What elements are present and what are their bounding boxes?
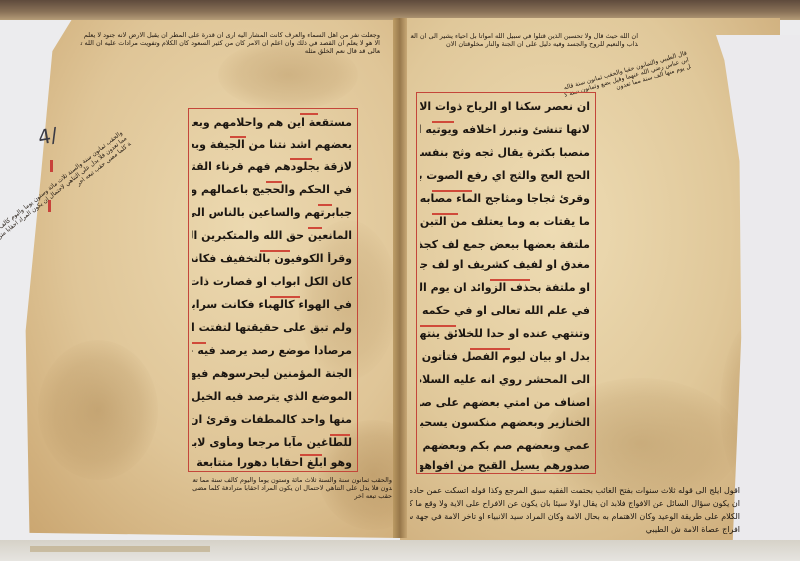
- rubric-overline: [330, 434, 350, 436]
- manuscript-photo: 4/ وجعلت نفر من اهل السماء والعرف كانت ا…: [0, 0, 800, 561]
- left-header-commentary: وجعلت نفر من اهل السماء والعرف كانت المش…: [80, 32, 380, 104]
- rubric-overline: [432, 190, 472, 192]
- text-line: ملتفة بعضها ببعض جمع لف كجذع قال حتبت لف…: [420, 238, 590, 251]
- text-line: في الهواء كالهباء فكانت سرابا مثل سراب ت…: [192, 298, 352, 311]
- rubric-overline: [318, 204, 332, 206]
- book-gutter: [393, 18, 407, 538]
- text-line: عمي وبعضهم صم بكم وبعضهم يمضغون السنتهم …: [420, 439, 590, 452]
- cover-bottom-strip: [30, 546, 210, 552]
- text-line: الموضع الذي يترصد فيه الخيل الخيالة في ت…: [192, 390, 352, 403]
- rubric-overline: [260, 250, 290, 252]
- text-line: جبابرتهم والساعين بالناس الى السلطان وال…: [192, 206, 352, 219]
- text-line: وتنتهي عنده او حدا للخلائق ينتهون اليه ي…: [420, 327, 590, 340]
- rubric-overline: [230, 136, 246, 138]
- text-line: منها واحد كالمطفات وقرئ ان بالفتح على ال…: [192, 413, 352, 426]
- text-line: الحج العج والثج اي رفع الصوت بالتلبية وص…: [420, 169, 590, 182]
- text-line: لانها تنشئ وتبرز اخلافه ويوتيه انه وي با…: [420, 123, 590, 136]
- footer-line: الكلام على طريقة الوعيد وكان الاهتمام به…: [410, 512, 740, 521]
- footer-line: افراج عصاة الامة ش الطيبي: [630, 525, 740, 534]
- footer-line: اقول ايلج الى قوله ثلاث سنوات بفتح الغائ…: [410, 486, 740, 495]
- rubric-overline: [290, 158, 312, 160]
- text-line: ما يقتات به وما يعتلف من التبن والحشيش و…: [420, 215, 590, 228]
- rubric-overline: [432, 213, 458, 215]
- text-line: مرصادا موضع رصد يرصد فيه خزنة النار الكف…: [192, 344, 352, 357]
- text-line: منصبا بكثرة يقال ثجه وثج بنفسه وفي الحدي…: [420, 146, 590, 159]
- rubric-overline: [470, 348, 510, 350]
- rubric-overline: [432, 121, 454, 123]
- text-line: الجنة المؤمنين ليحرسوهم فيها في مجازهم ع…: [192, 367, 352, 380]
- text-line: في علم الله تعالى او في حكمه ميقاتا حدا …: [420, 304, 590, 317]
- folio-number: 4/: [36, 122, 59, 149]
- left-footer-commentary: والحقب ثمانون سنة والسنة ثلاث مائة وستون…: [192, 476, 392, 516]
- text-line: وهو ابلغ احقابا دهورا متتابعة وليس فيه م…: [192, 456, 352, 469]
- text-line: الخنازير وبعضهم منكسون يسحبون على وجوههم…: [420, 416, 590, 429]
- text-line: بعضهم اشد نتنا من الجيفة وبعضهم ملبوث جب…: [192, 138, 352, 151]
- text-line: كان الكل ابواب او فصارت ذات ابواب وسيرت …: [192, 275, 352, 288]
- text-line: في الحكم والحجيج باعمالهم والعلماء الذين…: [192, 183, 352, 196]
- rubric-overline: [308, 227, 322, 229]
- book-cover-top-edge: [0, 0, 800, 20]
- footer-line: ان يكون سؤال السائل عن الافواج فلابد ان …: [410, 499, 740, 508]
- text-line: ولم تبق على حقيقتها لتفتت اجزائها وانبثا…: [192, 321, 352, 334]
- text-line: وقرئ ثجاجا ومثاجج الماء مصابه لنخرج به ح…: [420, 192, 590, 205]
- text-line: اصناف من امتي بعضهم على صورة القردة وبعض…: [420, 396, 590, 409]
- text-line: ان نعصر سكنا او الرياح ذوات الاعاصير وتا…: [420, 100, 590, 113]
- rubric-overline: [490, 279, 530, 281]
- text-line: للطاغين مآبا مرجعا ومأوى لابثين فيها وقر…: [192, 436, 352, 449]
- text-line: بدل او بيان ليوم الفصل فتأتون افواجا جما…: [420, 350, 590, 363]
- rubric-overline: [300, 454, 322, 456]
- rubric-overline: [300, 113, 318, 115]
- text-line: لازقة بجلودهم فهم قرناء القتات واهل السح…: [192, 160, 352, 173]
- text-line: او ملتفة بحذف الزوائد ان يوم الفصل كان: [420, 281, 590, 294]
- text-line: صدورهم يسيل القيح من افواههم يتقذرهم اهل…: [420, 459, 590, 472]
- red-marginal-mark: [50, 160, 53, 172]
- rubric-overline: [420, 325, 456, 327]
- rubric-overline: [266, 181, 282, 183]
- rubric-overline: [270, 296, 300, 298]
- text-line: الى المحشر روي انه عليه السلام سئل عنه ف…: [420, 373, 590, 386]
- text-line: مستقعة اين هم واحلامهم وبعضهم مصلبون على…: [192, 116, 352, 129]
- text-line: المانعين حق الله والمتكبرين الخيلاء وفتح…: [192, 229, 352, 242]
- text-line: مغدق او لفيف كشريف او لف جمع لفاء كخضر و…: [420, 258, 590, 271]
- rubric-overline: [192, 342, 206, 344]
- text-line: وقرأ الكوفيون بالتخفيف فكانت ابوابا فصار…: [192, 252, 352, 265]
